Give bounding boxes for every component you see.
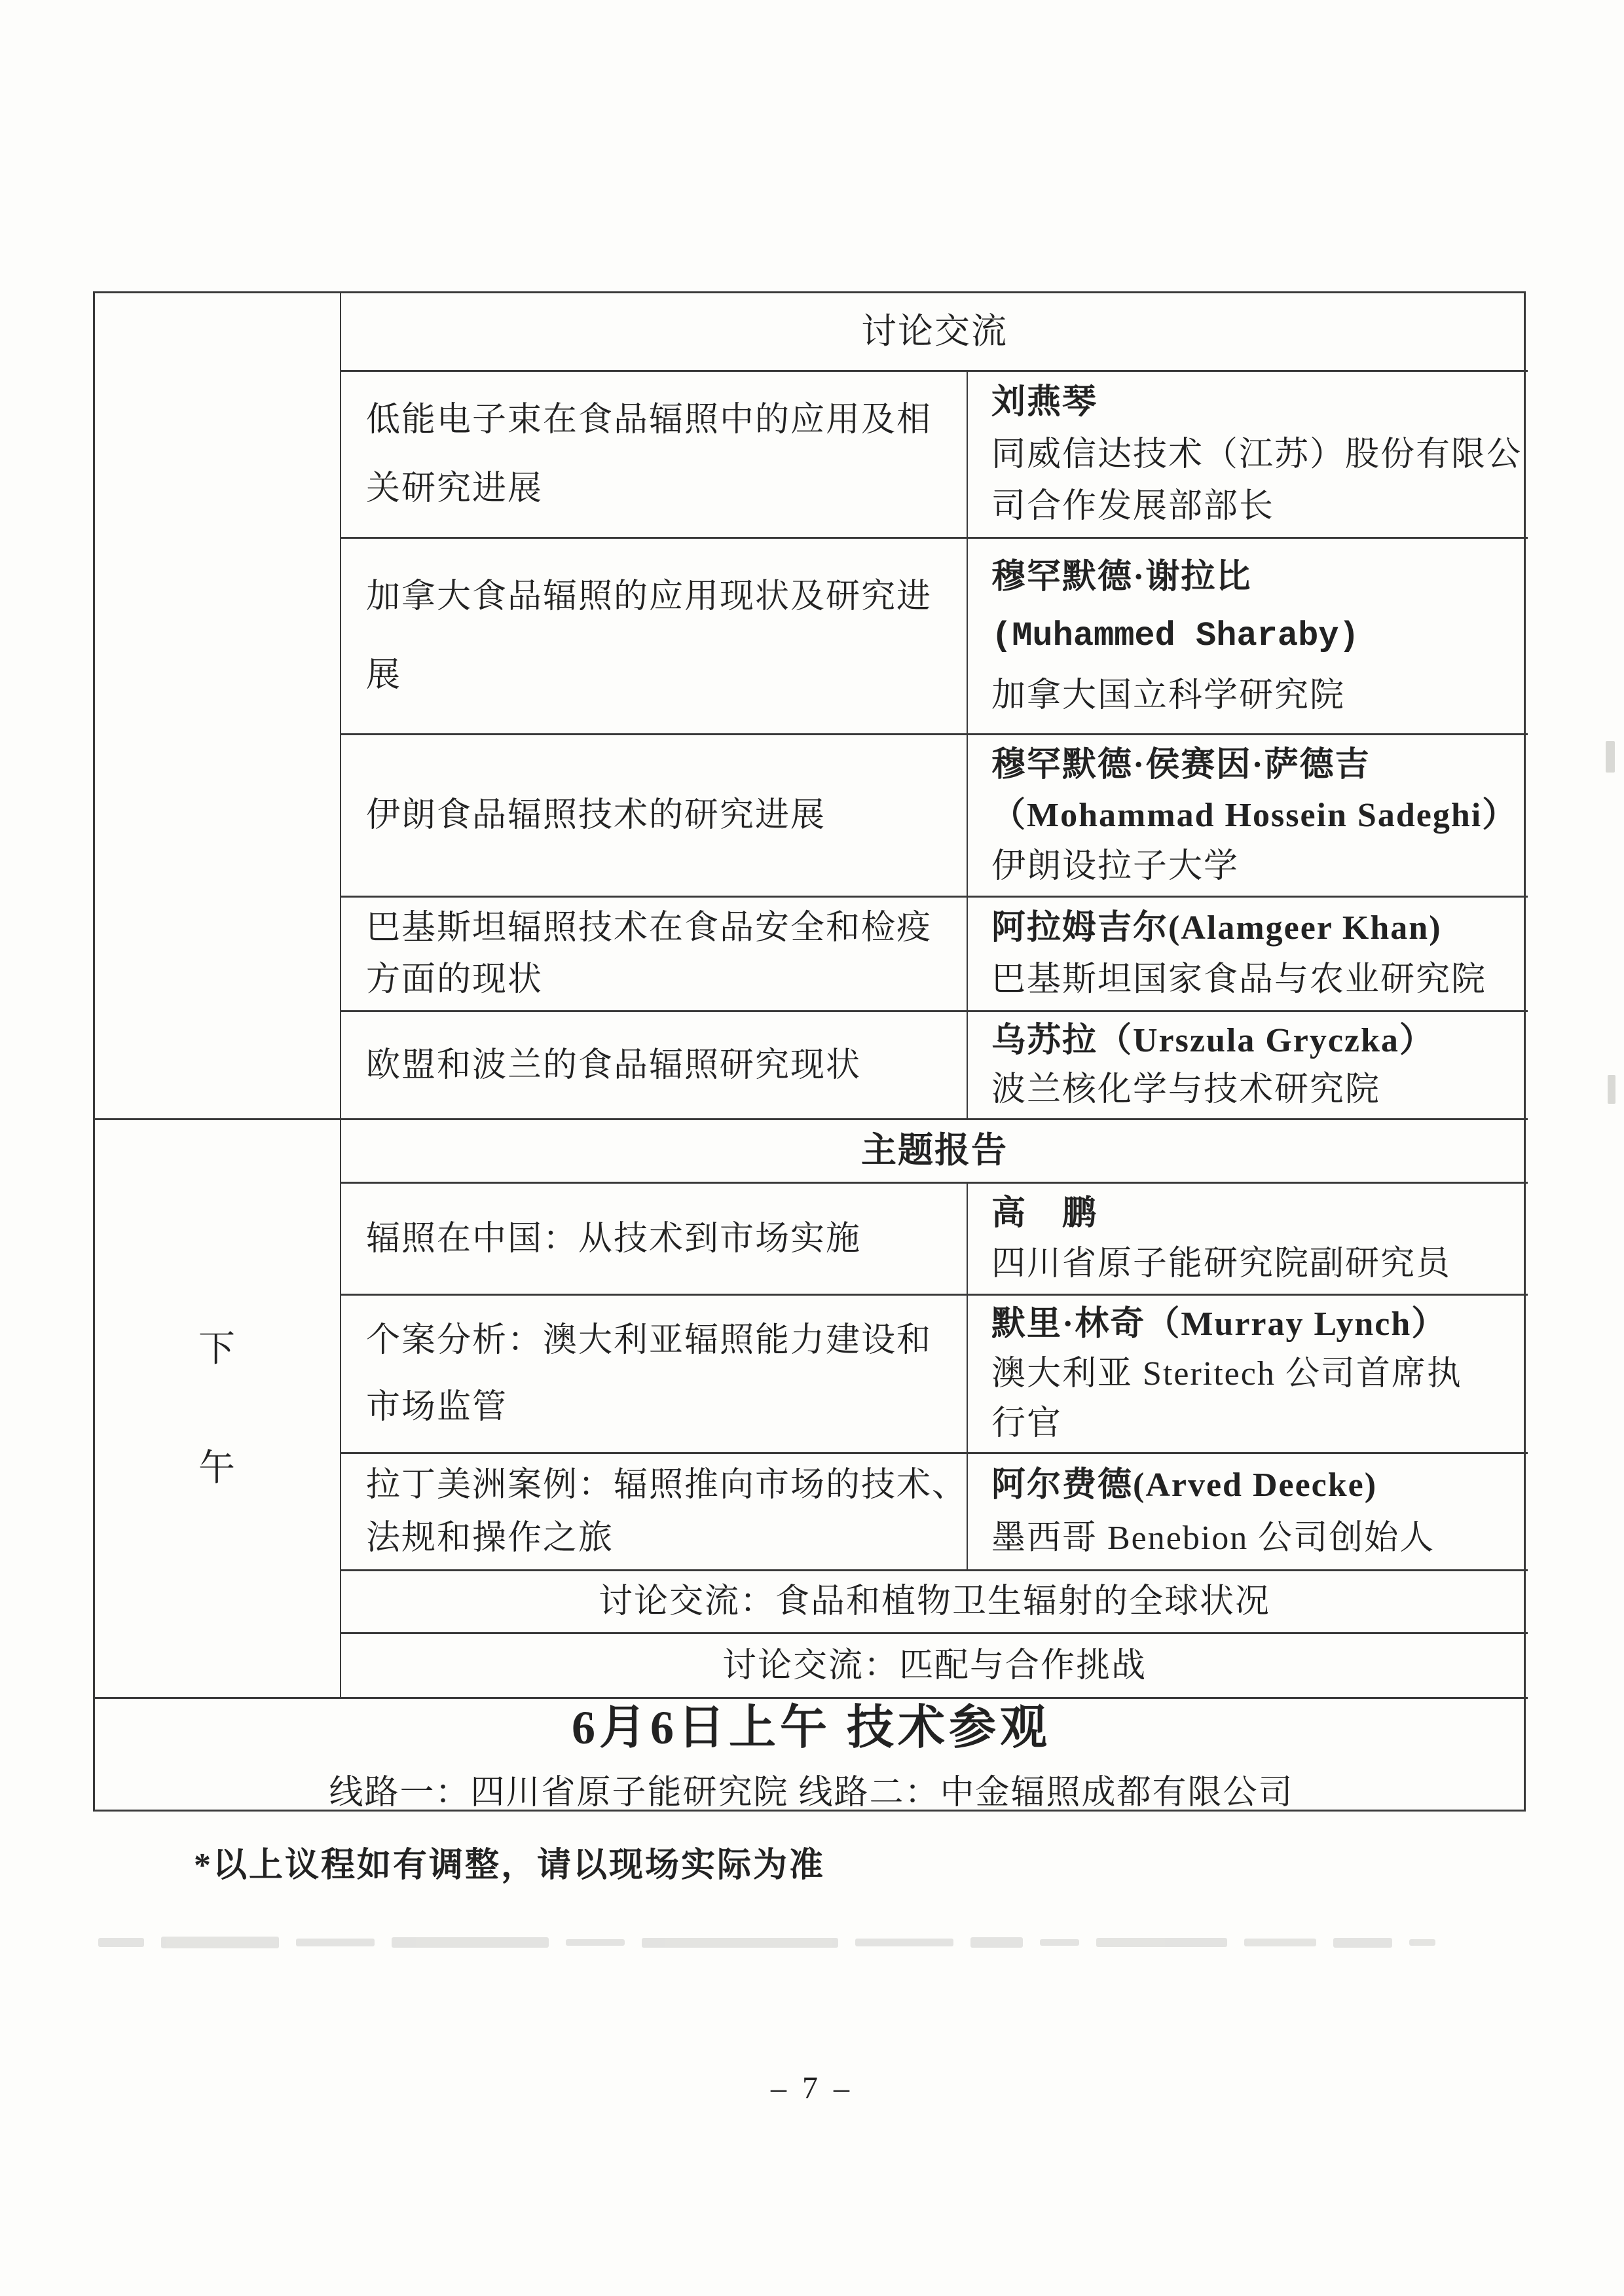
topic-cell: 辐照在中国：从技术到市场实施 bbox=[341, 1184, 968, 1296]
agenda-table: 下 午 讨论交流 低能电子束在食品辐照中的应用及相 关研究进展 刘燕琴 同威信达… bbox=[93, 291, 1526, 1812]
topic-line: 巴基斯坦辐照技术在食品安全和检疫 bbox=[366, 907, 932, 949]
discussion-header-label: 讨论交流 bbox=[861, 310, 1008, 354]
topic-cell: 加拿大食品辐照的应用现状及研究进 展 bbox=[341, 539, 968, 735]
speaker-name: 穆罕默德·谢拉比 bbox=[991, 556, 1251, 598]
speaker-affiliation: 伊朗设拉子大学 bbox=[991, 845, 1239, 888]
speaker-name: 阿尔费德(Arved Deecke) bbox=[991, 1464, 1377, 1506]
page-number: – 7 – bbox=[0, 2070, 1624, 2106]
topic-line: 欧盟和波兰的食品辐照研究现状 bbox=[366, 1044, 861, 1087]
speaker-name: 高 鹏 bbox=[991, 1192, 1098, 1235]
topic-line: 低能电子束在食品辐照中的应用及相 bbox=[366, 399, 932, 441]
scan-artifact-speck bbox=[1608, 1075, 1615, 1104]
topic-line: 市场监管 bbox=[366, 1386, 507, 1429]
agenda-footnote: *以上议程如有调整，请以现场实际为准 bbox=[194, 1837, 825, 1886]
speaker-cell: 阿拉姆吉尔(Alamgeer Khan) 巴基斯坦国家食品与农业研究院 bbox=[968, 898, 1528, 1012]
topic-line: 拉丁美洲案例：辐照推向市场的技术、 bbox=[366, 1464, 967, 1506]
technical-visit-title: 6月6日上午 技术参观 bbox=[572, 1698, 1051, 1757]
speaker-cell: 高 鹏 四川省原子能研究院副研究员 bbox=[968, 1184, 1528, 1296]
topic-cell: 巴基斯坦辐照技术在食品安全和检疫 方面的现状 bbox=[341, 898, 968, 1012]
speaker-cell: 穆罕默德·谢拉比 (Muhammed Sharaby) 加拿大国立科学研究院 bbox=[968, 539, 1528, 735]
topic-line: 方面的现状 bbox=[366, 958, 543, 1001]
topic-line: 个案分析：澳大利亚辐照能力建设和 bbox=[366, 1319, 932, 1362]
time-label-char-2: 午 bbox=[198, 1446, 236, 1491]
topic-line: 法规和操作之旅 bbox=[366, 1517, 614, 1559]
keynote-header-cell: 主题报告 bbox=[341, 1120, 1528, 1184]
technical-visit-cell: 6月6日上午 技术参观 线路一：四川省原子能研究院 线路二：中金辐照成都有限公司 bbox=[95, 1699, 1528, 1813]
scan-artifact-speck bbox=[1606, 741, 1615, 773]
topic-cell: 欧盟和波兰的食品辐照研究现状 bbox=[341, 1012, 968, 1120]
merged-discussion-row: 讨论交流：匹配与合作挑战 bbox=[341, 1634, 1528, 1699]
discussion-header-cell: 讨论交流 bbox=[341, 293, 1528, 372]
time-cell-afternoon: 下 午 bbox=[95, 1120, 341, 1699]
speaker-affiliation: 加拿大国立科学研究院 bbox=[991, 674, 1345, 717]
speaker-cell: 刘燕琴 同威信达技术（江苏）股份有限公 司合作发展部部长 bbox=[968, 372, 1528, 539]
speaker-affiliation: 行官 bbox=[991, 1402, 1062, 1445]
topic-cell: 伊朗食品辐照技术的研究进展 bbox=[341, 735, 968, 898]
speaker-affiliation: 四川省原子能研究院副研究员 bbox=[991, 1243, 1451, 1285]
speaker-affiliation: 同威信达技术（江苏）股份有限公 bbox=[991, 433, 1522, 476]
speaker-affiliation: 澳大利亚 Steritech 公司首席执 bbox=[991, 1353, 1462, 1395]
speaker-name-latin: （Mohammad Hossein Sadeghi） bbox=[991, 794, 1517, 837]
speaker-name-latin: (Muhammed Sharaby) bbox=[991, 615, 1359, 657]
speaker-cell: 穆罕默德·侯赛因·萨德吉 （Mohammad Hossein Sadeghi） … bbox=[968, 735, 1528, 898]
speaker-name: 阿拉姆吉尔(Alamgeer Khan) bbox=[991, 907, 1442, 949]
speaker-cell: 阿尔费德(Arved Deecke) 墨西哥 Benebion 公司创始人 bbox=[968, 1454, 1528, 1571]
speaker-affiliation: 墨西哥 Benebion 公司创始人 bbox=[991, 1517, 1435, 1559]
topic-line: 加拿大食品辐照的应用现状及研究进 bbox=[366, 575, 932, 618]
time-label-char-1: 下 bbox=[198, 1326, 236, 1372]
topic-cell: 低能电子束在食品辐照中的应用及相 关研究进展 bbox=[341, 372, 968, 539]
topic-cell: 个案分析：澳大利亚辐照能力建设和 市场监管 bbox=[341, 1296, 968, 1454]
speaker-cell: 默里·林奇（Murray Lynch） 澳大利亚 Steritech 公司首席执… bbox=[968, 1296, 1528, 1454]
merged-discussion-label: 讨论交流：食品和植物卫生辐射的全球状况 bbox=[599, 1580, 1270, 1623]
topic-cell: 拉丁美洲案例：辐照推向市场的技术、 法规和操作之旅 bbox=[341, 1454, 968, 1571]
merged-discussion-label: 讨论交流：匹配与合作挑战 bbox=[722, 1645, 1147, 1687]
merged-discussion-row: 讨论交流：食品和植物卫生辐射的全球状况 bbox=[341, 1571, 1528, 1634]
speaker-name: 默里·林奇（Murray Lynch） bbox=[991, 1303, 1447, 1345]
time-cell-empty bbox=[95, 293, 341, 1120]
speaker-name: 刘燕琴 bbox=[991, 381, 1098, 424]
scan-artifact-band bbox=[98, 1930, 1585, 1955]
speaker-name: 乌苏拉（Urszula Gryczka） bbox=[991, 1019, 1435, 1062]
scanned-agenda-page: 下 午 讨论交流 低能电子束在食品辐照中的应用及相 关研究进展 刘燕琴 同威信达… bbox=[0, 0, 1624, 2296]
speaker-name: 穆罕默德·侯赛因·萨德吉 bbox=[991, 744, 1371, 786]
speaker-affiliation: 巴基斯坦国家食品与农业研究院 bbox=[991, 958, 1486, 1001]
topic-line: 伊朗食品辐照技术的研究进展 bbox=[366, 794, 826, 837]
speaker-affiliation: 司合作发展部部长 bbox=[991, 485, 1274, 528]
topic-line: 辐照在中国：从技术到市场实施 bbox=[366, 1218, 861, 1260]
technical-visit-routes: 线路一：四川省原子能研究院 线路二：中金辐照成都有限公司 bbox=[329, 1772, 1293, 1814]
speaker-cell: 乌苏拉（Urszula Gryczka） 波兰核化学与技术研究院 bbox=[968, 1012, 1528, 1120]
keynote-header-label: 主题报告 bbox=[861, 1129, 1008, 1173]
speaker-affiliation: 波兰核化学与技术研究院 bbox=[991, 1068, 1380, 1111]
topic-line: 关研究进展 bbox=[366, 467, 543, 510]
topic-line: 展 bbox=[366, 654, 401, 697]
